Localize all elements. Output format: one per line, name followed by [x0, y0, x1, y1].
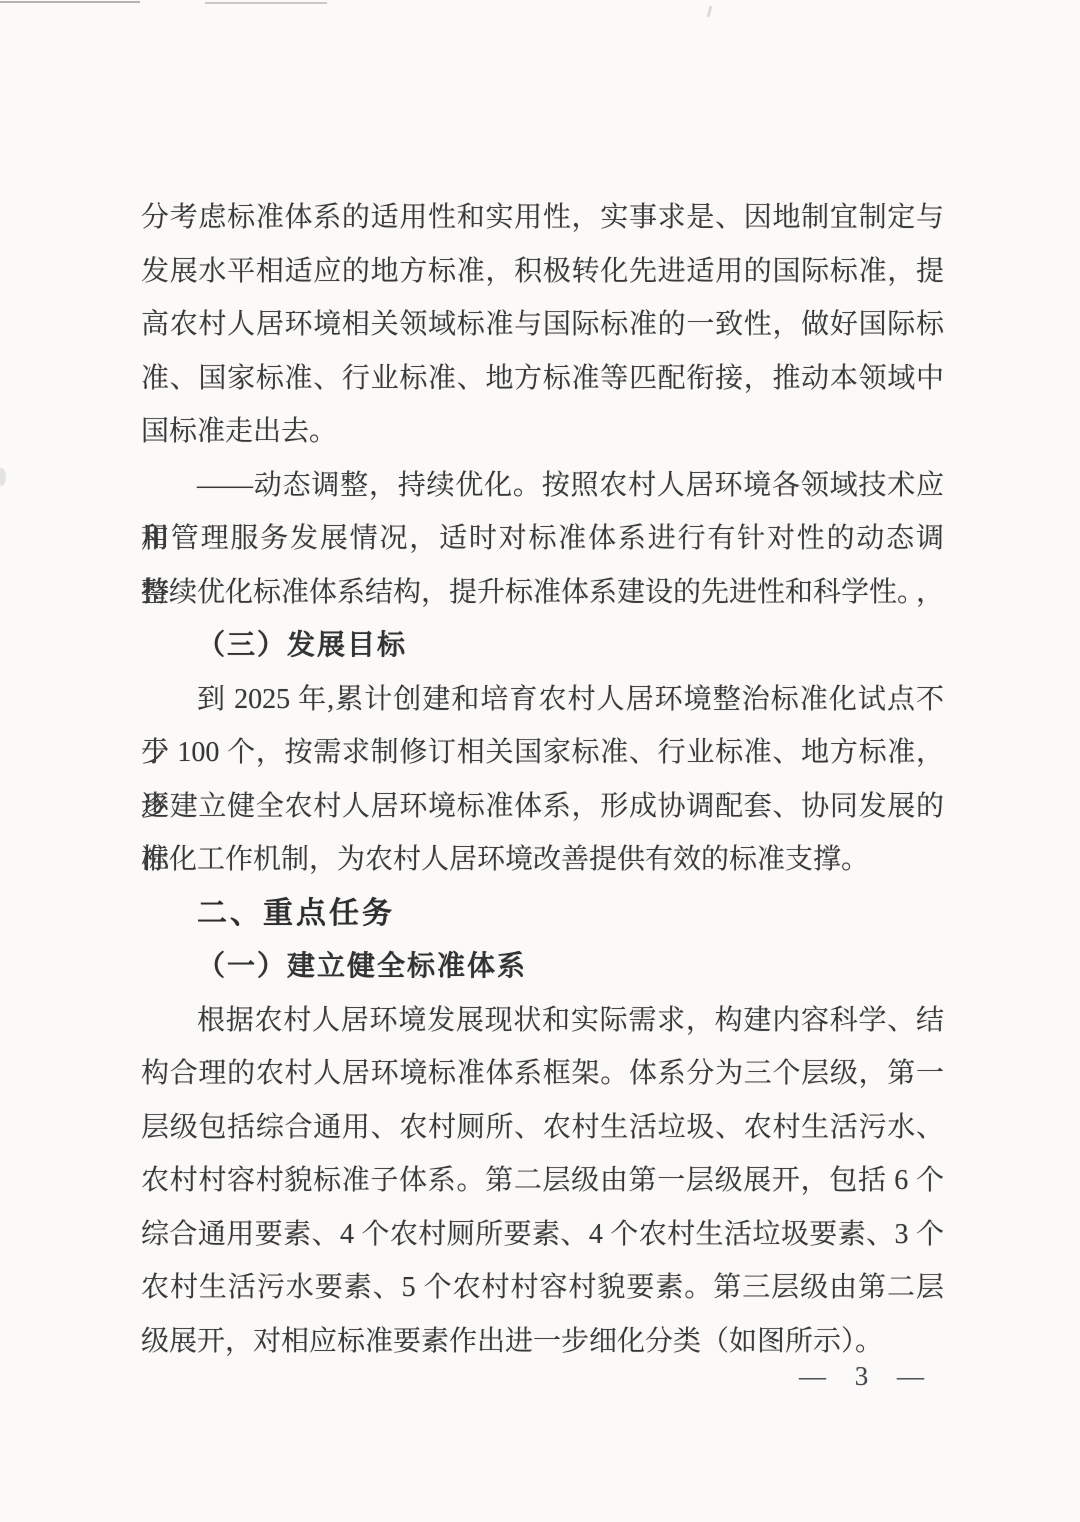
- body-line: 和管理服务发展情况，适时对标准体系进行有针对性的动态调整，: [141, 512, 944, 566]
- body-line: 于 100 个，按需求制修订相关国家标准、行业标准、地方标准，逐: [141, 726, 944, 780]
- scan-artifact-line: [205, 2, 327, 4]
- body-line: 农村村容村貌标准子体系。第二层级由第一层级展开，包括 6 个: [141, 1154, 944, 1208]
- scanned-document-page: 分考虑标准体系的适用性和实用性，实事求是、因地制宜制定与 发展水平相适应的地方标…: [0, 0, 1080, 1522]
- scan-artifact-smudge: [0, 468, 6, 486]
- body-line: 农村生活污水要素、5 个农村村容村貌要素。第三层级由第二层: [141, 1261, 944, 1315]
- body-line: 分考虑标准体系的适用性和实用性，实事求是、因地制宜制定与: [141, 191, 944, 245]
- body-line: 发展水平相适应的地方标准，积极转化先进适用的国际标准，提: [141, 245, 944, 299]
- body-line: 高农村人居环境相关领域标准与国际标准的一致性，做好国际标: [141, 298, 944, 352]
- scan-artifact-line: [0, 1, 140, 3]
- scan-artifact-speck: [707, 6, 713, 17]
- body-line: ——动态调整，持续优化。按照农村人居环境各领域技术应用: [141, 459, 944, 513]
- body-line: 准、国家标准、行业标准、地方标准等匹配衔接，推动本领域中: [141, 352, 944, 406]
- body-line: 层级包括综合通用、农村厕所、农村生活垃圾、农村生活污水、: [141, 1101, 944, 1155]
- body-line: 综合通用要素、4 个农村厕所要素、4 个农村生活垃圾要素、3 个: [141, 1208, 944, 1262]
- chapter-heading-key-tasks: 二、重点任务: [141, 887, 944, 941]
- body-line: 持续优化标准体系结构，提升标准体系建设的先进性和科学性。: [141, 566, 944, 620]
- document-body: 分考虑标准体系的适用性和实用性，实事求是、因地制宜制定与 发展水平相适应的地方标…: [141, 191, 944, 1368]
- section-heading-standard-system: （一）建立健全标准体系: [141, 940, 944, 994]
- body-line: 到 2025 年,累计创建和培育农村人居环境整治标准化试点不少: [141, 673, 944, 727]
- body-line: 国标准走出去。: [141, 405, 944, 459]
- page-number: — 3 —: [799, 1356, 928, 1396]
- body-line: 准化工作机制，为农村人居环境改善提供有效的标准支撑。: [141, 833, 944, 887]
- body-line: 构合理的农村人居环境标准体系框架。体系分为三个层级，第一: [141, 1047, 944, 1101]
- body-line: 根据农村人居环境发展现状和实际需求，构建内容科学、结: [141, 994, 944, 1048]
- body-line: 步建立健全农村人居环境标准体系，形成协调配套、协同发展的标: [141, 780, 944, 834]
- section-heading-development-goals: （三）发展目标: [141, 619, 944, 673]
